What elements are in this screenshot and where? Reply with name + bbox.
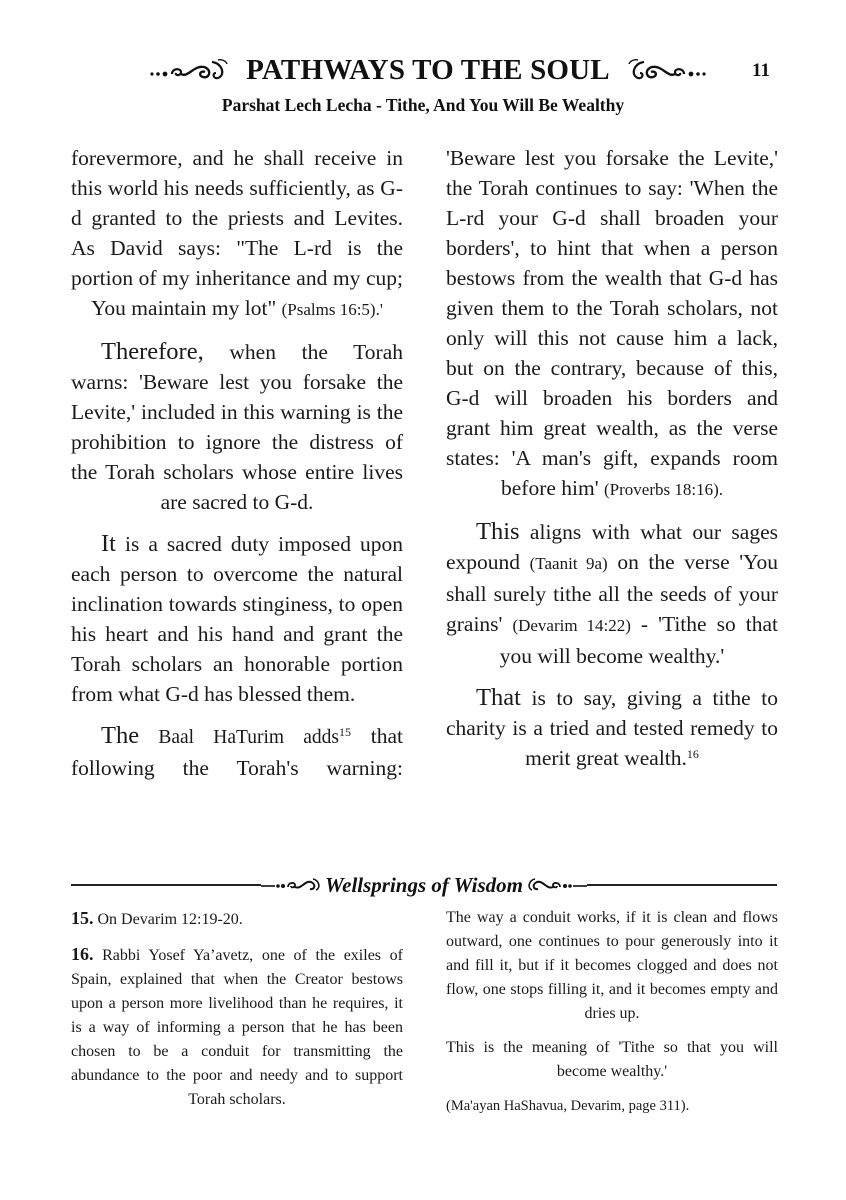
- scroll-ornament-right-icon: [527, 876, 587, 894]
- lead-word: That: [476, 684, 521, 711]
- paragraph: Therefore, when the Torah warns: 'Beware…: [71, 337, 403, 517]
- scroll-ornament-left-icon: [148, 57, 240, 83]
- page-header: PATHWAYS TO THE SOUL 11: [0, 50, 846, 90]
- footnote-text: On Devarim 12:19-20.: [94, 911, 243, 928]
- section-label: Wellsprings of Wisdom: [325, 873, 523, 898]
- running-title: PATHWAYS TO THE SOUL: [128, 50, 728, 90]
- scripture-reference: (Psalms 16:5).': [282, 300, 383, 319]
- lead-word: Therefore,: [101, 338, 204, 365]
- talmud-reference: (Taanit 9a): [530, 554, 608, 573]
- footnotes-column-right: The way a conduit works, if it is clean …: [446, 906, 778, 1128]
- footnotes-column-left: 15. On Devarim 12:19-20. 16. Rabbi Yosef…: [71, 906, 403, 1122]
- footnote-15: 15. On Devarim 12:19-20.: [71, 906, 403, 932]
- footnote-number: 16.: [71, 944, 94, 964]
- paragraph: forevermore, and he shall receive in thi…: [71, 143, 403, 325]
- footnote-reference-16[interactable]: 16: [687, 747, 699, 761]
- footnote-text: Rabbi Yosef Ya’avetz, one of the exiles …: [71, 947, 403, 1108]
- footnote-number: 15.: [71, 908, 94, 928]
- paragraph: That is to say, giving a tithe to charit…: [446, 683, 778, 773]
- paragraph: It is a sacred duty imposed upon each pe…: [71, 529, 403, 709]
- footnote-reference-15[interactable]: 15: [339, 725, 351, 739]
- footnote-16-continued: The way a conduit works, if it is clean …: [446, 906, 778, 1026]
- body-column-left: forevermore, and he shall receive in thi…: [71, 143, 403, 795]
- paragraph-text: is a sacred duty imposed upon each perso…: [71, 532, 403, 706]
- footnote-16-conclusion: This is the meaning of 'Tithe so that yo…: [446, 1036, 778, 1084]
- footnote-16: 16. Rabbi Yosef Ya’avetz, one of the exi…: [71, 942, 403, 1112]
- scripture-reference: (Proverbs 18:16).: [604, 480, 723, 499]
- divider-rule-right: [587, 884, 777, 886]
- paragraph-text: when the Torah warns: 'Beware lest you f…: [71, 340, 403, 514]
- scripture-reference: (Devarim 14:22): [512, 616, 630, 635]
- footnote-divider: Wellsprings of Wisdom: [71, 872, 777, 898]
- footnote-source-citation: (Ma'ayan HaShavua, Devarim, page 311).: [446, 1094, 778, 1118]
- paragraph: This aligns with what our sages expound …: [446, 517, 778, 671]
- lead-word: This: [476, 518, 520, 545]
- book-title: PATHWAYS TO THE SOUL: [246, 54, 610, 87]
- scroll-ornament-right-icon: [616, 57, 708, 83]
- scroll-ornament-left-icon: [261, 876, 321, 894]
- divider-rule-left: [71, 884, 261, 886]
- paragraph-text: 'Beware lest you forsake the Levite,' th…: [446, 146, 778, 500]
- page-number: 11: [752, 60, 770, 82]
- paragraph: 'Beware lest you forsake the Levite,' th…: [446, 143, 778, 505]
- paragraph: The Baal HaTurim adds15 that following t…: [71, 721, 403, 783]
- lead-word: The: [101, 722, 139, 749]
- paragraph-text: forevermore, and he shall receive in thi…: [71, 146, 403, 320]
- paragraph-text: Baal HaTurim adds: [139, 727, 339, 748]
- chapter-subtitle: Parshat Lech Lecha - Tithe, And You Will…: [0, 95, 846, 116]
- lead-word: It: [101, 530, 116, 557]
- body-column-right: 'Beware lest you forsake the Levite,' th…: [446, 143, 778, 785]
